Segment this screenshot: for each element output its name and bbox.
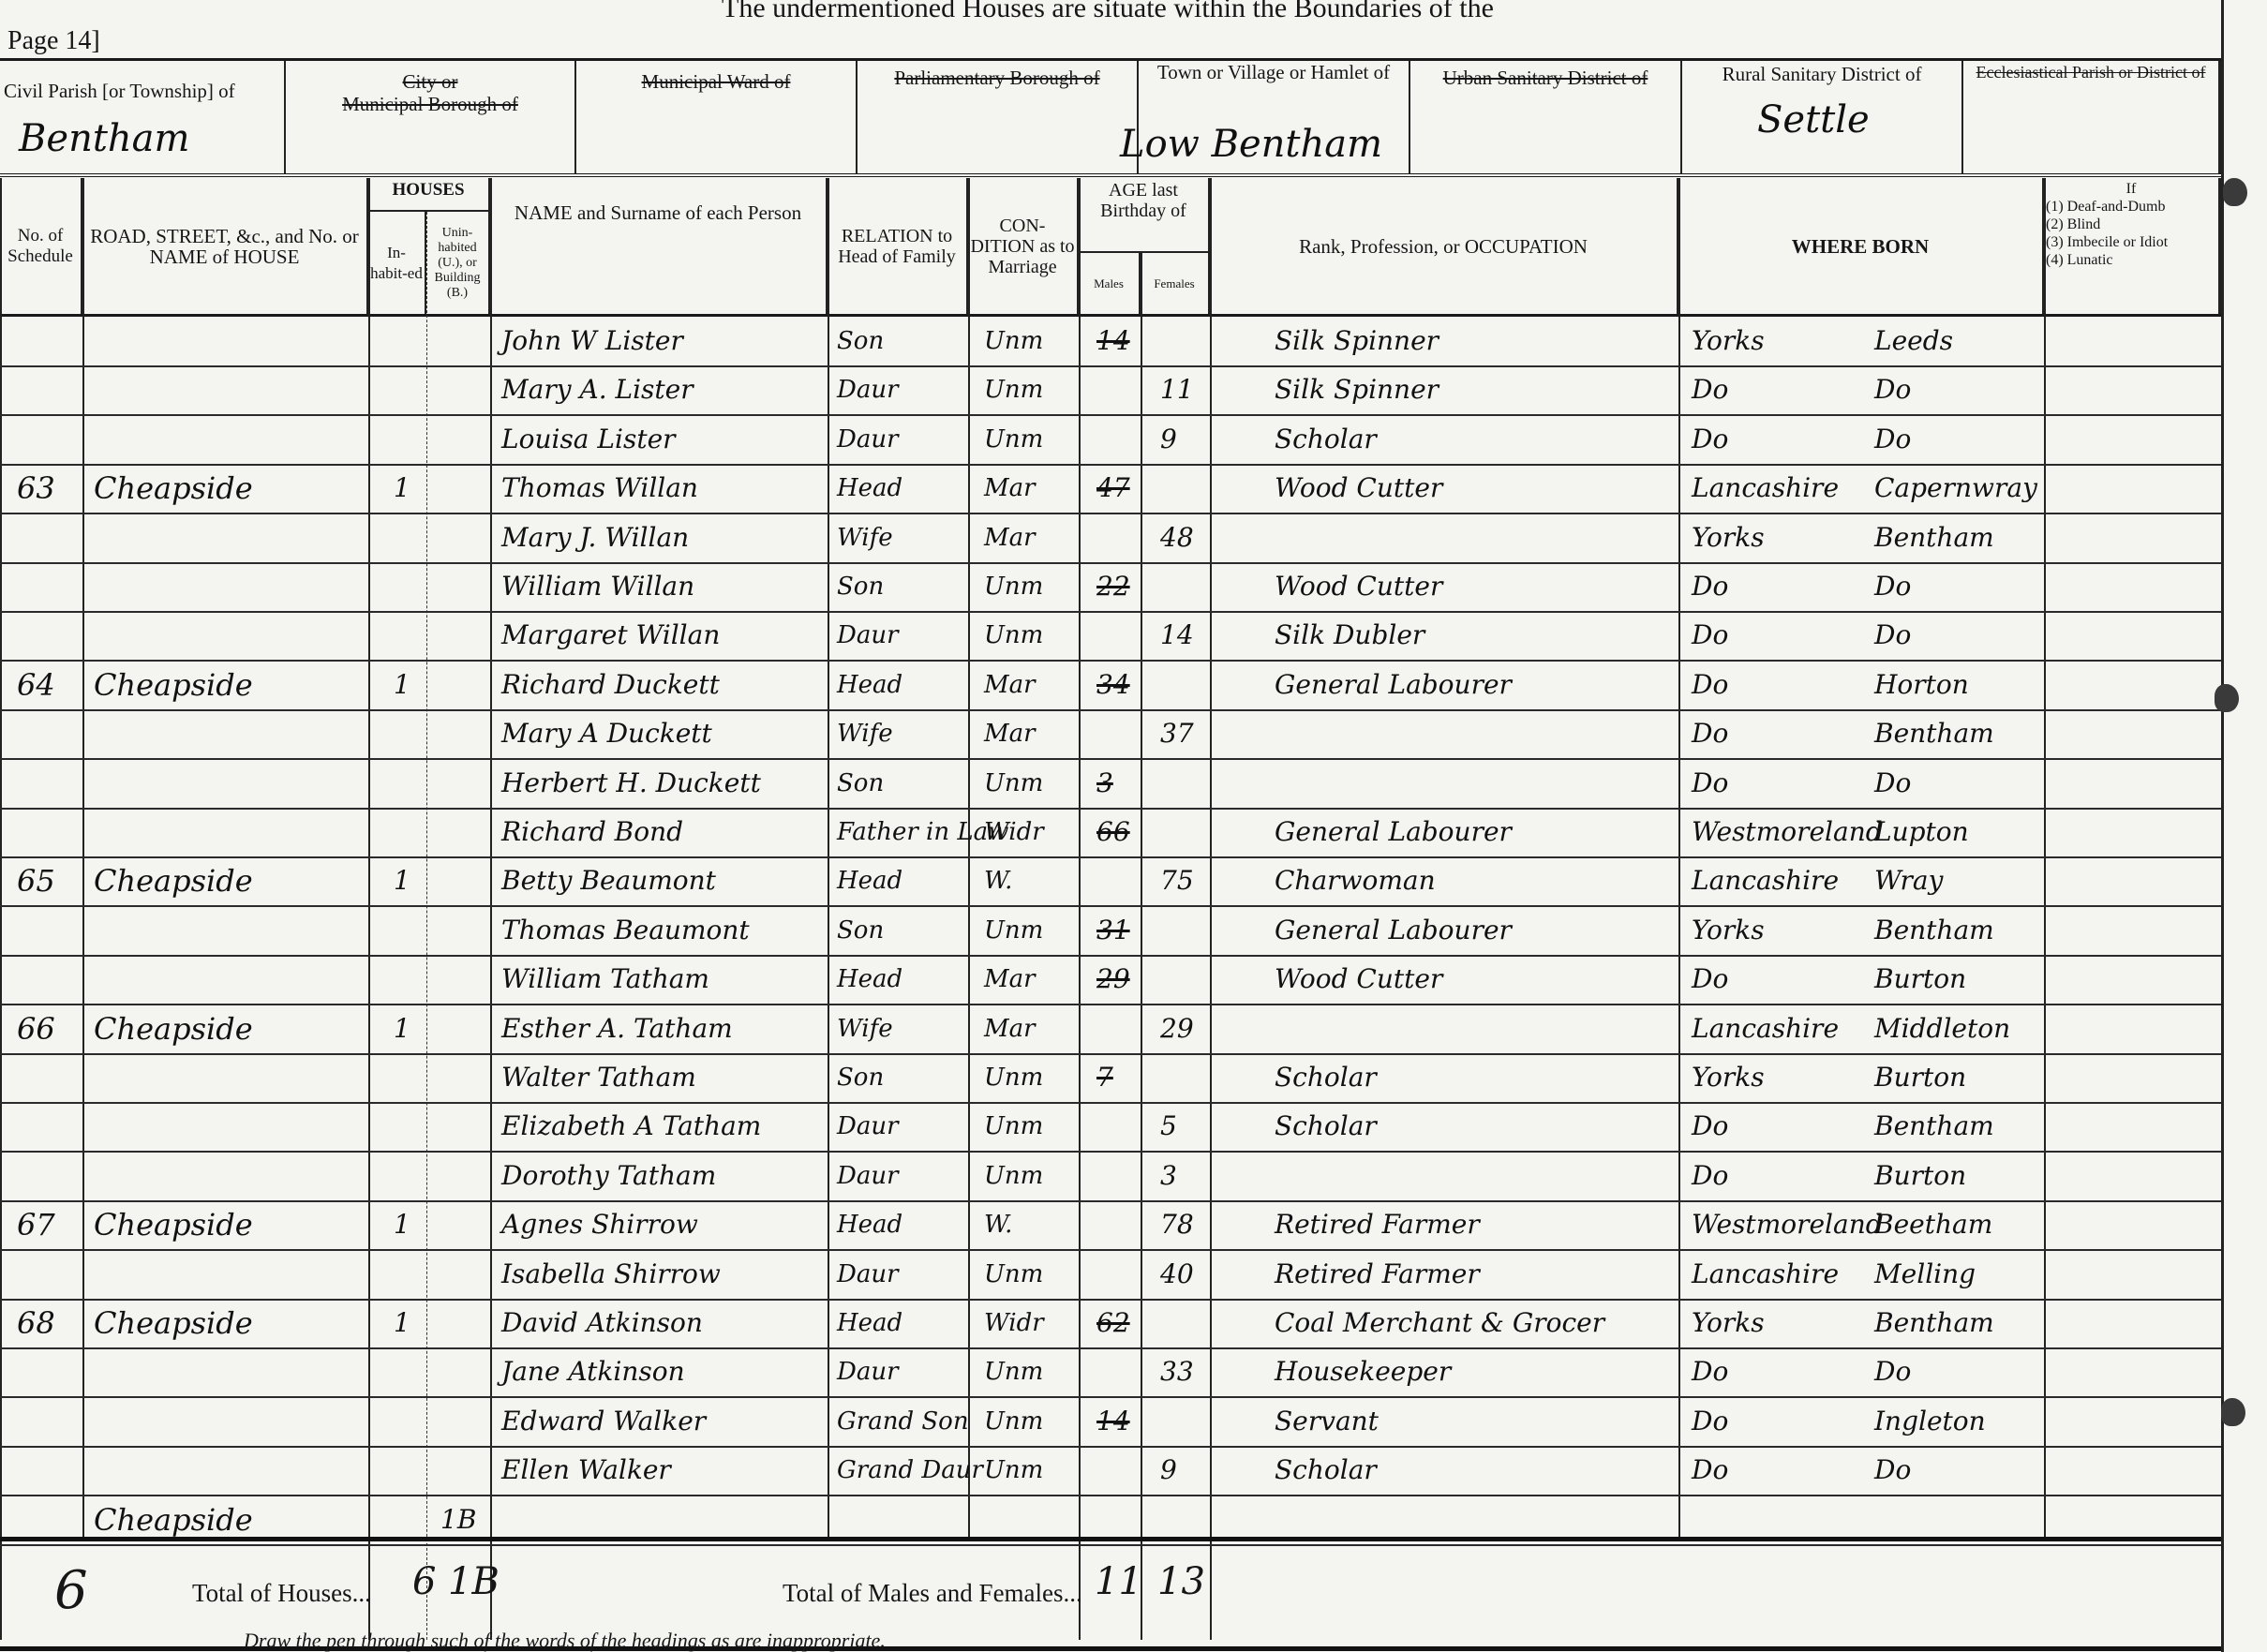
- town-label: Town or Village or Hamlet of: [1139, 61, 1409, 83]
- occupation: General Labourer: [1275, 808, 1512, 856]
- relation: Grand Daur: [837, 1446, 983, 1495]
- census-row: Dorothy Tatham Daur Unm 3 Do Burton: [0, 1152, 2221, 1202]
- person-name: Mary J. Willan: [501, 513, 689, 562]
- person-name: Louisa Lister: [501, 415, 676, 464]
- birth-county: Lancashire: [1692, 464, 1839, 513]
- relation: Daur: [837, 611, 899, 660]
- infirmity-if: If: [2126, 180, 2137, 198]
- relation: Daur: [837, 415, 899, 464]
- marital-condition: Unm: [984, 1446, 1043, 1495]
- relation: Head: [837, 464, 902, 513]
- birth-place: Do: [1874, 1446, 1911, 1495]
- road-name: Cheapside: [94, 1200, 253, 1249]
- occupation: General Labourer: [1275, 661, 1512, 709]
- birth-county: Westmoreland: [1692, 808, 1883, 856]
- total-schedules: 6: [54, 1560, 88, 1621]
- census-row: 64 Cheapside 1 Richard Duckett Head Mar …: [0, 661, 2221, 711]
- col-where-born: WHERE BORN: [1678, 178, 2044, 314]
- person-name: Thomas Beaumont: [501, 906, 750, 955]
- birth-place: Burton: [1874, 955, 1966, 1004]
- inhabited-count: 1: [394, 661, 410, 709]
- birth-county: Do: [1692, 365, 1728, 414]
- occupation: Wood Cutter: [1275, 562, 1442, 611]
- birth-place: Burton: [1874, 1152, 1966, 1200]
- birth-place: Ingleton: [1874, 1397, 1986, 1446]
- census-row: 63 Cheapside 1 Thomas Willan Head Mar 47…: [0, 464, 2221, 514]
- female-age: 3: [1160, 1152, 1177, 1200]
- municipal-borough-label: Municipal Borough of: [342, 93, 518, 115]
- parliamentary-borough-cell: Parliamentary Borough of: [858, 61, 1139, 173]
- person-name: William Tatham: [501, 955, 709, 1004]
- census-row: Richard Bond Father in Law Widr 66 Gener…: [0, 808, 2221, 858]
- marital-condition: Unm: [984, 1152, 1043, 1200]
- municipal-ward-label: Municipal Ward of: [576, 70, 856, 93]
- col-road: ROAD, STREET, &c., and No. or NAME of HO…: [82, 178, 368, 314]
- birth-county: Lancashire: [1692, 1250, 1839, 1299]
- birth-place: Bentham: [1874, 1299, 1994, 1347]
- person-name: Agnes Shirrow: [501, 1200, 698, 1249]
- relation: Head: [837, 661, 902, 709]
- birth-place: Bentham: [1874, 513, 1994, 562]
- relation: Wife: [837, 709, 893, 758]
- census-row: Louisa Lister Daur Unm 9 Scholar Do Do: [0, 415, 2221, 466]
- female-age: 78: [1160, 1200, 1194, 1249]
- occupation: General Labourer: [1275, 906, 1512, 955]
- female-age: 11: [1160, 365, 1194, 414]
- male-age: 22: [1096, 562, 1130, 611]
- marital-condition: Unm: [984, 415, 1043, 464]
- infirmity-3: (3) Imbecile or Idiot: [2046, 233, 2168, 251]
- relation: Head: [837, 856, 902, 905]
- occupation: Coal Merchant & Grocer: [1275, 1299, 1604, 1347]
- birth-county: Do: [1692, 709, 1728, 758]
- person-name: Herbert H. Duckett: [501, 759, 761, 808]
- birth-place: Beetham: [1874, 1200, 1992, 1249]
- schedule-number: 64: [17, 661, 55, 709]
- birth-county: Do: [1692, 759, 1728, 808]
- birth-county: Lancashire: [1692, 856, 1839, 905]
- infirmity-1: (1) Deaf-and-Dumb: [2046, 198, 2166, 216]
- relation: Daur: [837, 1347, 899, 1396]
- relation: Son: [837, 906, 884, 955]
- birth-county: Do: [1692, 1102, 1728, 1151]
- census-row: 66 Cheapside 1 Esther A. Tatham Wife Mar…: [0, 1005, 2221, 1055]
- female-age: 9: [1160, 1446, 1177, 1495]
- occupation: Retired Farmer: [1275, 1250, 1480, 1299]
- person-name: Thomas Willan: [501, 464, 698, 513]
- birth-place: Bentham: [1874, 709, 1994, 758]
- marital-condition: Unm: [984, 906, 1043, 955]
- occupation: Servant: [1275, 1397, 1379, 1446]
- birth-place: Bentham: [1874, 906, 1994, 955]
- female-age: 75: [1160, 856, 1194, 905]
- female-age: 5: [1160, 1102, 1177, 1151]
- person-name: Richard Duckett: [501, 661, 720, 709]
- person-name: William Willan: [501, 562, 694, 611]
- schedule-number: 63: [17, 464, 55, 513]
- road-name: Cheapside: [94, 856, 253, 905]
- marital-condition: Mar: [984, 464, 1036, 513]
- marital-condition: Unm: [984, 759, 1043, 808]
- occupation: Retired Farmer: [1275, 1200, 1480, 1249]
- birth-place: Wray: [1874, 856, 1943, 905]
- location-header: Civil Parish [or Township] of Bentham Ci…: [0, 58, 2221, 177]
- person-name: Betty Beaumont: [501, 856, 716, 905]
- ecclesiastical-label: Ecclesiastical Parish or District of: [1963, 61, 2218, 83]
- marital-condition: Widr: [984, 1299, 1044, 1347]
- relation: Wife: [837, 513, 893, 562]
- male-age: 31: [1096, 906, 1130, 955]
- road-name: Cheapside: [94, 661, 253, 709]
- birth-county: Do: [1692, 1347, 1728, 1396]
- birth-county: Do: [1692, 1397, 1728, 1446]
- relation: Daur: [837, 365, 899, 414]
- census-row: Thomas Beaumont Son Unm 31 General Labou…: [0, 906, 2221, 957]
- birth-place: Lupton: [1874, 808, 1969, 856]
- relation: Daur: [837, 1102, 899, 1151]
- marital-condition: Unm: [984, 317, 1043, 365]
- person-name: Richard Bond: [501, 808, 683, 856]
- col-age: AGE last Birthday of: [1079, 178, 1210, 253]
- infirmity-4: (4) Lunatic: [2046, 251, 2113, 269]
- birth-place: Do: [1874, 365, 1911, 414]
- birth-county: Do: [1692, 955, 1728, 1004]
- birth-county: Do: [1692, 611, 1728, 660]
- inhabited-count: 1: [394, 856, 410, 905]
- person-name: Dorothy Tatham: [501, 1152, 716, 1200]
- birth-county: Do: [1692, 661, 1728, 709]
- civil-parish-label: Civil Parish [or Township] of: [4, 80, 284, 102]
- footnote: Draw the pen through such of the words o…: [244, 1629, 886, 1652]
- city-borough-cell: City or Municipal Borough of: [286, 61, 576, 173]
- relation: Grand Son: [837, 1397, 969, 1446]
- marital-condition: Mar: [984, 955, 1036, 1004]
- total-uninhabited: 1B: [448, 1560, 500, 1603]
- census-page: The undermentioned Houses are situate wi…: [0, 0, 2267, 1652]
- town-cell: Town or Village or Hamlet of Low Bentham: [1139, 61, 1410, 173]
- ink-blot: [2223, 178, 2247, 206]
- female-age: 33: [1160, 1347, 1194, 1396]
- census-row: Edward Walker Grand Son Unm 14 Servant D…: [0, 1397, 2221, 1448]
- birth-county: Do: [1692, 1152, 1728, 1200]
- relation: Head: [837, 955, 902, 1004]
- ecclesiastical-cell: Ecclesiastical Parish or District of: [1963, 61, 2221, 173]
- marital-condition: Mar: [984, 513, 1036, 562]
- marital-condition: W.: [984, 856, 1012, 905]
- male-age: 7: [1096, 1053, 1113, 1102]
- marital-condition: Unm: [984, 1102, 1043, 1151]
- marital-condition: Widr: [984, 808, 1044, 856]
- col-name: NAME and Surname of each Person: [490, 178, 828, 314]
- marital-condition: Unm: [984, 1053, 1043, 1102]
- birth-place: Horton: [1874, 661, 1969, 709]
- person-name: Esther A. Tatham: [501, 1005, 733, 1053]
- birth-place: Leeds: [1874, 317, 1953, 365]
- city-label: City or: [403, 70, 458, 93]
- col-inhabited: In-habit-ed: [368, 212, 426, 314]
- top-caption: The undermentioned Houses are situate wi…: [722, 0, 1752, 24]
- census-row: Mary A. Lister Daur Unm 11 Silk Spinner …: [0, 365, 2221, 416]
- occupation: Wood Cutter: [1275, 955, 1442, 1004]
- occupation: Wood Cutter: [1275, 464, 1442, 513]
- inhabited-count: 1: [394, 1299, 410, 1347]
- person-name: Mary A. Lister: [501, 365, 694, 414]
- census-row: Mary J. Willan Wife Mar 48 Yorks Bentham: [0, 513, 2221, 564]
- relation: Son: [837, 759, 884, 808]
- occupation: Scholar: [1275, 1446, 1377, 1495]
- person-name: Elizabeth A Tatham: [501, 1102, 761, 1151]
- col-occupation: Rank, Profession, or OCCUPATION: [1210, 178, 1678, 314]
- male-age: 66: [1096, 808, 1130, 856]
- birth-place: Bentham: [1874, 1102, 1994, 1151]
- census-row: Mary A Duckett Wife Mar 37 Do Bentham: [0, 709, 2221, 760]
- relation: Head: [837, 1299, 902, 1347]
- birth-county: Yorks: [1692, 317, 1765, 365]
- occupation: Silk Spinner: [1275, 365, 1439, 414]
- occupation: Charwoman: [1275, 856, 1436, 905]
- birth-county: Do: [1692, 1446, 1728, 1495]
- inhabited-count: 1: [394, 1200, 410, 1249]
- relation: Father in Law: [837, 808, 1008, 856]
- marital-condition: Mar: [984, 1005, 1036, 1053]
- schedule-number: 65: [17, 856, 55, 905]
- female-age: 9: [1160, 415, 1177, 464]
- census-row: Jane Atkinson Daur Unm 33 Housekeeper Do…: [0, 1347, 2221, 1398]
- relation: Wife: [837, 1005, 893, 1053]
- female-age: 48: [1160, 513, 1194, 562]
- census-row: William Tatham Head Mar 29 Wood Cutter D…: [0, 955, 2221, 1005]
- col-schedule: No. of Schedule: [0, 178, 82, 314]
- col-infirmity: If (1) Deaf-and-Dumb (2) Blind (3) Imbec…: [2044, 178, 2221, 314]
- inhabited-count: 1: [394, 464, 410, 513]
- census-row: Walter Tatham Son Unm 7 Scholar Yorks Bu…: [0, 1053, 2221, 1104]
- birth-county: Do: [1692, 415, 1728, 464]
- census-row: Isabella Shirrow Daur Unm 40 Retired Far…: [0, 1250, 2221, 1301]
- census-row: Herbert H. Duckett Son Unm 3 Do Do: [0, 759, 2221, 810]
- occupation: Silk Spinner: [1275, 317, 1439, 365]
- marital-condition: Mar: [984, 709, 1036, 758]
- birth-place: Do: [1874, 562, 1911, 611]
- schedule-number: 66: [17, 1005, 55, 1053]
- marital-condition: Unm: [984, 1397, 1043, 1446]
- road-name: Cheapside: [94, 1299, 253, 1347]
- male-age: 62: [1096, 1299, 1130, 1347]
- census-row: Elizabeth A Tatham Daur Unm 5 Scholar Do…: [0, 1102, 2221, 1153]
- relation: Daur: [837, 1250, 899, 1299]
- birth-place: Capernwray: [1874, 464, 2037, 513]
- person-name: Ellen Walker: [501, 1446, 671, 1495]
- person-name: Edward Walker: [501, 1397, 706, 1446]
- birth-place: Do: [1874, 415, 1911, 464]
- marital-condition: Unm: [984, 611, 1043, 660]
- male-age: 3: [1096, 759, 1113, 808]
- birth-place: Middleton: [1874, 1005, 2010, 1053]
- road-name: Cheapside: [94, 1005, 253, 1053]
- col-condition: CON-DITION as to Marriage: [968, 178, 1079, 314]
- total-males: 11: [1095, 1560, 1142, 1603]
- female-age: 40: [1160, 1250, 1194, 1299]
- census-row: 68 Cheapside 1 David Atkinson Head Widr …: [0, 1299, 2221, 1349]
- schedule-number: 67: [17, 1200, 55, 1249]
- rural-sanitary-value: Settle: [1757, 98, 1870, 141]
- relation: Son: [837, 562, 884, 611]
- birth-place: Do: [1874, 759, 1911, 808]
- municipal-ward-cell: Municipal Ward of: [576, 61, 858, 173]
- census-row: Margaret Willan Daur Unm 14 Silk Dubler …: [0, 611, 2221, 662]
- rural-sanitary-cell: Rural Sanitary District of Settle: [1682, 61, 1963, 173]
- page-number: Page 14]: [7, 26, 100, 56]
- person-name: David Atkinson: [501, 1299, 703, 1347]
- occupation: Scholar: [1275, 415, 1377, 464]
- relation: Head: [837, 1200, 902, 1249]
- total-houses-label: Total of Houses...: [192, 1579, 371, 1608]
- col-relation: RELATION to Head of Family: [828, 178, 968, 314]
- birth-place: Do: [1874, 611, 1911, 660]
- male-age: 14: [1096, 317, 1130, 365]
- male-age: 29: [1096, 955, 1130, 1004]
- male-age: 14: [1096, 1397, 1130, 1446]
- marital-condition: Mar: [984, 661, 1036, 709]
- relation: Son: [837, 317, 884, 365]
- total-persons-label: Total of Males and Females...: [783, 1579, 1082, 1608]
- col-uninhabited: Unin-habited (U.), or Building (B.): [426, 212, 490, 314]
- occupation: Housekeeper: [1275, 1347, 1451, 1396]
- col-females: Females: [1141, 253, 1210, 314]
- marital-condition: Unm: [984, 562, 1043, 611]
- ink-blot: [2221, 1398, 2245, 1426]
- birth-county: Yorks: [1692, 1053, 1765, 1102]
- occupation: Scholar: [1275, 1102, 1377, 1151]
- male-age: 47: [1096, 464, 1130, 513]
- birth-county: Westmoreland: [1692, 1200, 1883, 1249]
- town-value: Low Bentham: [1120, 123, 1382, 166]
- urban-sanitary-label: Urban Sanitary District of: [1410, 67, 1680, 89]
- civil-parish-cell: Civil Parish [or Township] of Bentham: [0, 61, 286, 173]
- person-name: Isabella Shirrow: [501, 1250, 721, 1299]
- col-houses: HOUSES: [368, 178, 490, 212]
- birth-county: Yorks: [1692, 906, 1765, 955]
- census-row: Ellen Walker Grand Daur Unm 9 Scholar Do…: [0, 1446, 2221, 1496]
- marital-condition: Unm: [984, 1347, 1043, 1396]
- marital-condition: Unm: [984, 1250, 1043, 1299]
- rural-sanitary-label: Rural Sanitary District of: [1682, 63, 1961, 85]
- ink-blot: [2215, 684, 2239, 712]
- occupation: Scholar: [1275, 1053, 1377, 1102]
- person-name: Walter Tatham: [501, 1053, 696, 1102]
- birth-county: Yorks: [1692, 1299, 1765, 1347]
- total-inhabited: 6: [412, 1560, 436, 1603]
- census-row: 67 Cheapside 1 Agnes Shirrow Head W. 78 …: [0, 1200, 2221, 1251]
- col-males: Males: [1079, 253, 1141, 314]
- female-age: 29: [1160, 1005, 1194, 1053]
- relation: Daur: [837, 1152, 899, 1200]
- relation: Son: [837, 1053, 884, 1102]
- civil-parish-value: Bentham: [19, 117, 189, 160]
- male-age: 34: [1096, 661, 1130, 709]
- marital-condition: Unm: [984, 365, 1043, 414]
- person-name: John W Lister: [501, 317, 683, 365]
- road-name: Cheapside: [94, 464, 253, 513]
- birth-county: Yorks: [1692, 513, 1765, 562]
- birth-place: Do: [1874, 1347, 1911, 1396]
- urban-sanitary-cell: Urban Sanitary District of: [1410, 61, 1682, 173]
- person-name: Margaret Willan: [501, 611, 720, 660]
- birth-place: Melling: [1874, 1250, 1976, 1299]
- census-row: William Willan Son Unm 22 Wood Cutter Do…: [0, 562, 2221, 613]
- person-name: Mary A Duckett: [501, 709, 712, 758]
- birth-county: Do: [1692, 562, 1728, 611]
- infirmity-2: (2) Blind: [2046, 216, 2100, 233]
- person-name: Jane Atkinson: [501, 1347, 685, 1396]
- total-females: 13: [1157, 1560, 1205, 1603]
- female-age: 14: [1160, 611, 1194, 660]
- birth-place: Burton: [1874, 1053, 1966, 1102]
- schedule-number: 68: [17, 1299, 55, 1347]
- inhabited-count: 1: [394, 1005, 410, 1053]
- female-age: 37: [1160, 709, 1194, 758]
- occupation: Silk Dubler: [1275, 611, 1424, 660]
- census-row: John W Lister Son Unm 14 Silk Spinner Yo…: [0, 317, 2221, 367]
- birth-county: Lancashire: [1692, 1005, 1839, 1053]
- census-row: 65 Cheapside 1 Betty Beaumont Head W. 75…: [0, 856, 2221, 907]
- parliamentary-borough-label: Parliamentary Borough of: [858, 67, 1137, 89]
- marital-condition: W.: [984, 1200, 1012, 1249]
